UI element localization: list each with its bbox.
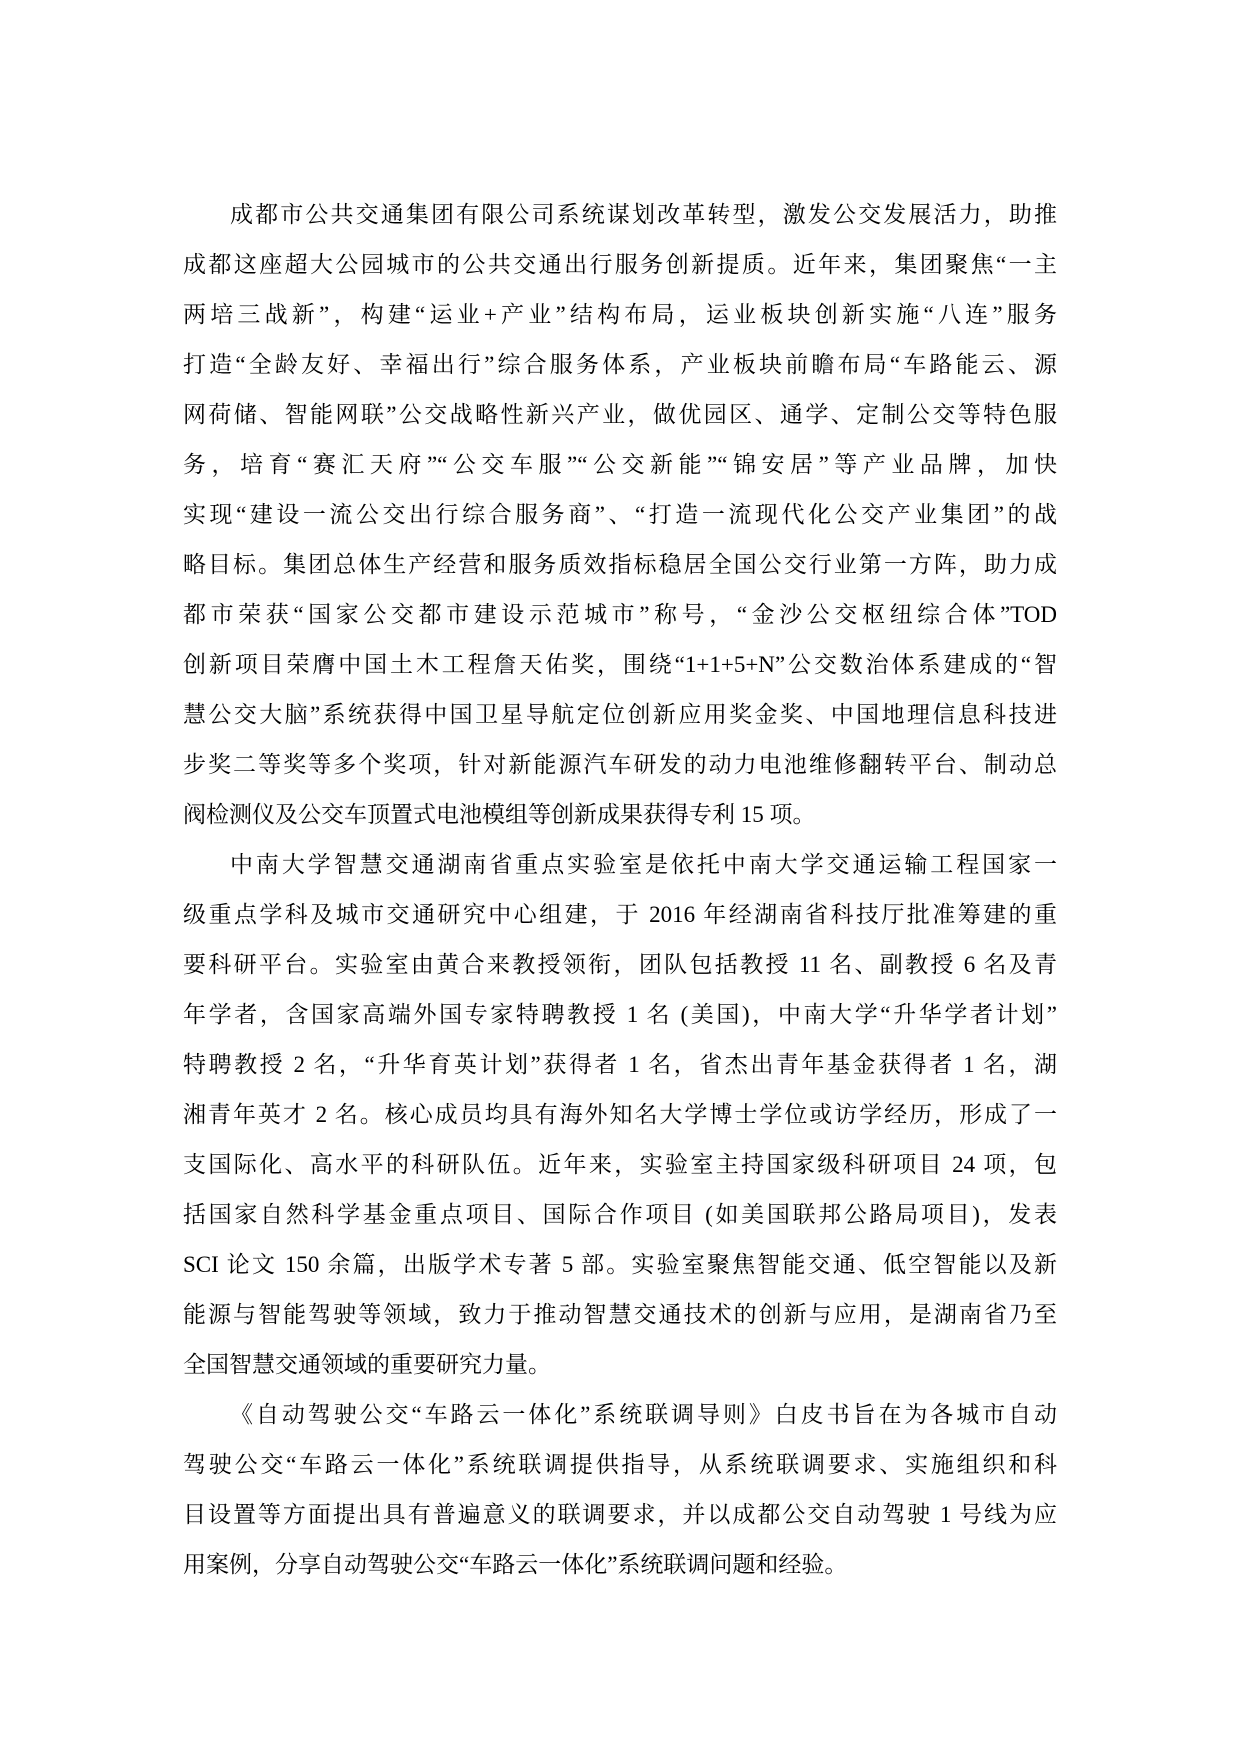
text-line: 目设置等方面提出具有普遍意义的联调要求，并以成都公交自动驾驶 1 号线为应 [183,1490,1057,1540]
paragraph-company-intro: 成都市公共交通集团有限公司系统谋划改革转型，激发公交发展活力，助推 成都这座超大… [183,190,1057,840]
text-line: 支国际化、高水平的科研队伍。近年来，实验室主持国家级科研项目 24 项，包 [183,1140,1057,1190]
text-line: 略目标。集团总体生产经营和服务质效指标稳居全国公交行业第一方阵，助力成 [183,540,1057,590]
text-line: 成都市公共交通集团有限公司系统谋划改革转型，激发公交发展活力，助推 [183,190,1057,240]
text-line: 两培三战新”，构建“运业+产业”结构布局，运业板块创新实施“八连”服务 [183,290,1057,340]
text-line: 实现“建设一流公交出行综合服务商”、“打造一流现代化公交产业集团”的战 [183,490,1057,540]
text-line: 特聘教授 2 名，“升华育英计划”获得者 1 名，省杰出青年基金获得者 1 名，… [183,1040,1057,1090]
text-line: 驾驶公交“车路云一体化”系统联调提供指导，从系统联调要求、实施组织和科 [183,1440,1057,1490]
text-line: 成都这座超大公园城市的公共交通出行服务创新提质。近年来，集团聚焦“一主 [183,240,1057,290]
paragraph-lab-intro: 中南大学智慧交通湖南省重点实验室是依托中南大学交通运输工程国家一 级重点学科及城… [183,840,1057,1390]
text-line: 中南大学智慧交通湖南省重点实验室是依托中南大学交通运输工程国家一 [183,840,1057,890]
text-line: 能源与智能驾驶等领域，致力于推动智慧交通技术的创新与应用，是湖南省乃至 [183,1290,1057,1340]
text-line: 用案例，分享自动驾驶公交“车路云一体化”系统联调问题和经验。 [183,1540,1057,1590]
paragraph-whitepaper-intro: 《自动驾驶公交“车路云一体化”系统联调导则》白皮书旨在为各城市自动 驾驶公交“车… [183,1390,1057,1590]
text-line: 级重点学科及城市交通研究中心组建，于 2016 年经湖南省科技厅批准筹建的重 [183,890,1057,940]
text-line: 湘青年英才 2 名。核心成员均具有海外知名大学博士学位或访学经历，形成了一 [183,1090,1057,1140]
text-line: SCI 论文 150 余篇，出版学术专著 5 部。实验室聚焦智能交通、低空智能以… [183,1240,1057,1290]
text-line: 务，培育“赛汇天府”“公交车服”“公交新能”“锦安居”等产业品牌，加快 [183,440,1057,490]
text-line: 年学者，含国家高端外国专家特聘教授 1 名 (美国)，中南大学“升华学者计划” [183,990,1057,1040]
text-line: 全国智慧交通领域的重要研究力量。 [183,1340,1057,1390]
text-line: 网荷储、智能网联”公交战略性新兴产业，做优园区、通学、定制公交等特色服 [183,390,1057,440]
text-line: 都市荣获“国家公交都市建设示范城市”称号，“金沙公交枢纽综合体”TOD [183,590,1057,640]
text-line: 慧公交大脑”系统获得中国卫星导航定位创新应用奖金奖、中国地理信息科技进 [183,690,1057,740]
text-line: 《自动驾驶公交“车路云一体化”系统联调导则》白皮书旨在为各城市自动 [183,1390,1057,1440]
text-line: 创新项目荣膺中国土木工程詹天佑奖，围绕“1+1+5+N”公交数治体系建成的“智 [183,640,1057,690]
text-line: 括国家自然科学基金重点项目、国际合作项目 (如美国联邦公路局项目)，发表 [183,1190,1057,1240]
text-line: 打造“全龄友好、幸福出行”综合服务体系，产业板块前瞻布局“车路能云、源 [183,340,1057,390]
text-line: 步奖二等奖等多个奖项，针对新能源汽车研发的动力电池维修翻转平台、制动总 [183,740,1057,790]
text-line: 阀检测仪及公交车顶置式电池模组等创新成果获得专利 15 项。 [183,790,1057,840]
text-line: 要科研平台。实验室由黄合来教授领衔，团队包括教授 11 名、副教授 6 名及青 [183,940,1057,990]
document-page: 成都市公共交通集团有限公司系统谋划改革转型，激发公交发展活力，助推 成都这座超大… [0,0,1240,1754]
